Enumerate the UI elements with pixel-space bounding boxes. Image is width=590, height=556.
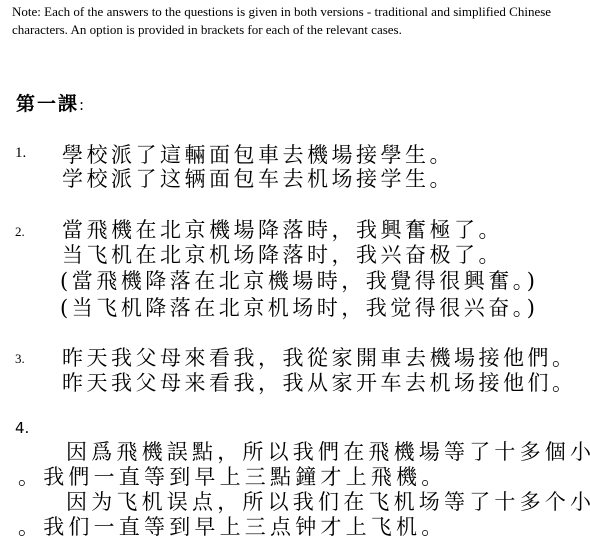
answer-number-2: 2.	[15, 224, 25, 240]
answer-number-4: 4.	[15, 419, 29, 437]
answer-2-option-traditional: (當飛機降落在北京機場時，我覺得很興奮。)	[60, 268, 538, 294]
lesson-colon: :	[79, 96, 86, 114]
answer-4-simplified-line-2: 。我们一直等到早上三点钟才上飞机。	[18, 514, 446, 540]
answer-4-simplified-line-1: 因为飞机误点，所以我们在飞机场等了十多个小时	[66, 489, 590, 515]
lesson-heading: 第一課:	[16, 89, 86, 116]
answer-4-traditional-line-2: 。我們一直等到早上三點鐘才上飛機。	[18, 464, 446, 490]
answer-2-traditional: 當飛機在北京機場降落時，我興奮極了。	[62, 217, 503, 243]
answer-number-1: 1.	[15, 145, 26, 162]
answer-2-simplified: 当飞机在北京机场降落时，我兴奋极了。	[62, 242, 503, 268]
note-paragraph: Note: Each of the answers to the questio…	[12, 3, 587, 38]
answer-3-simplified: 昨天我父母来看我，我从家开车去机场接他们。	[62, 370, 577, 396]
answer-1-traditional: 學校派了這輛面包車去機場接學生。	[62, 142, 454, 168]
answer-number-3: 3.	[15, 351, 25, 367]
answer-2-option-simplified: (当飞机降落在北京机场时，我觉得很兴奋。)	[60, 295, 538, 321]
lesson-title: 第一課	[16, 93, 79, 115]
answer-4-traditional-line-1: 因爲飛機誤點，所以我們在飛機場等了十多個小時	[66, 439, 590, 465]
answer-3-traditional: 昨天我父母來看我，我從家開車去機場接他們。	[62, 345, 577, 371]
answer-1-simplified: 学校派了这辆面包车去机场接学生。	[62, 166, 454, 192]
